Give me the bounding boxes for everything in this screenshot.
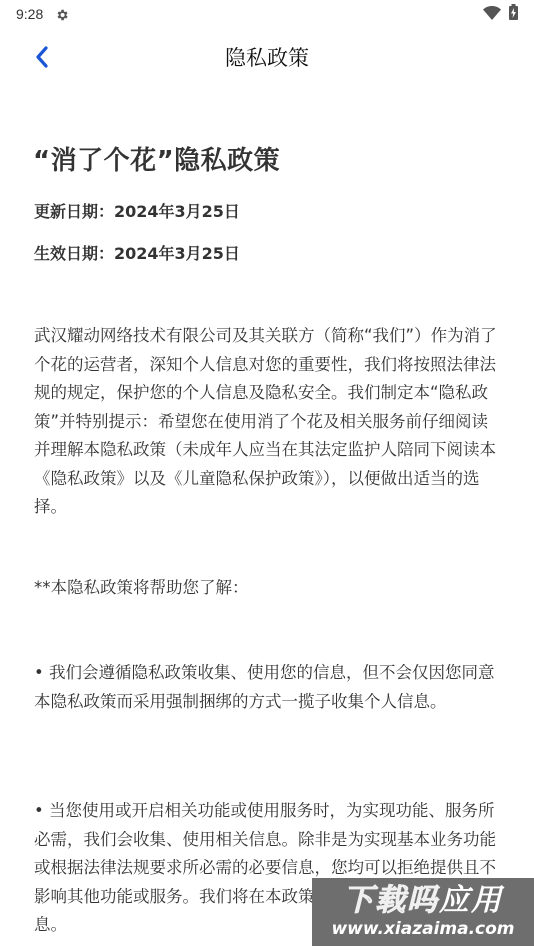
gear-icon [55, 7, 69, 21]
watermark-logo: 下载吗应用 [343, 884, 503, 918]
effective-date: 生效日期：2024年3月25日 [34, 241, 240, 264]
top-nav-bar: 隐私政策 [0, 28, 534, 86]
watermark-text: 下载吗 [343, 883, 439, 918]
wifi-icon [483, 5, 501, 24]
status-time: 9:28 [16, 6, 43, 22]
watermark-overlay: 下载吗应用 www.xiazaima.com [312, 878, 534, 946]
intro-paragraph: 武汉耀动网络技术有限公司及其关联方（简称“我们”）作为消了个花的运营者，深知个人… [34, 322, 504, 522]
status-bar: 9:28 [0, 0, 534, 28]
update-date: 更新日期：2024年3月25日 [34, 199, 240, 222]
document-title: “消了个花”隐私政策 [33, 140, 280, 177]
back-button[interactable] [28, 42, 56, 72]
watermark-url: www.xiazaima.com [331, 918, 514, 940]
page-title: 隐私政策 [225, 42, 309, 72]
summary-heading: **本隐私政策将帮助您了解： [34, 574, 504, 603]
battery-charging-icon [509, 4, 518, 24]
chevron-left-icon [34, 45, 50, 69]
bullet-paragraph: • 我们会遵循隐私政策收集、使用您的信息，但不会仅因您同意本隐私政策而采用强制捆… [34, 659, 504, 716]
watermark-text-accent: 应用 [439, 883, 503, 918]
